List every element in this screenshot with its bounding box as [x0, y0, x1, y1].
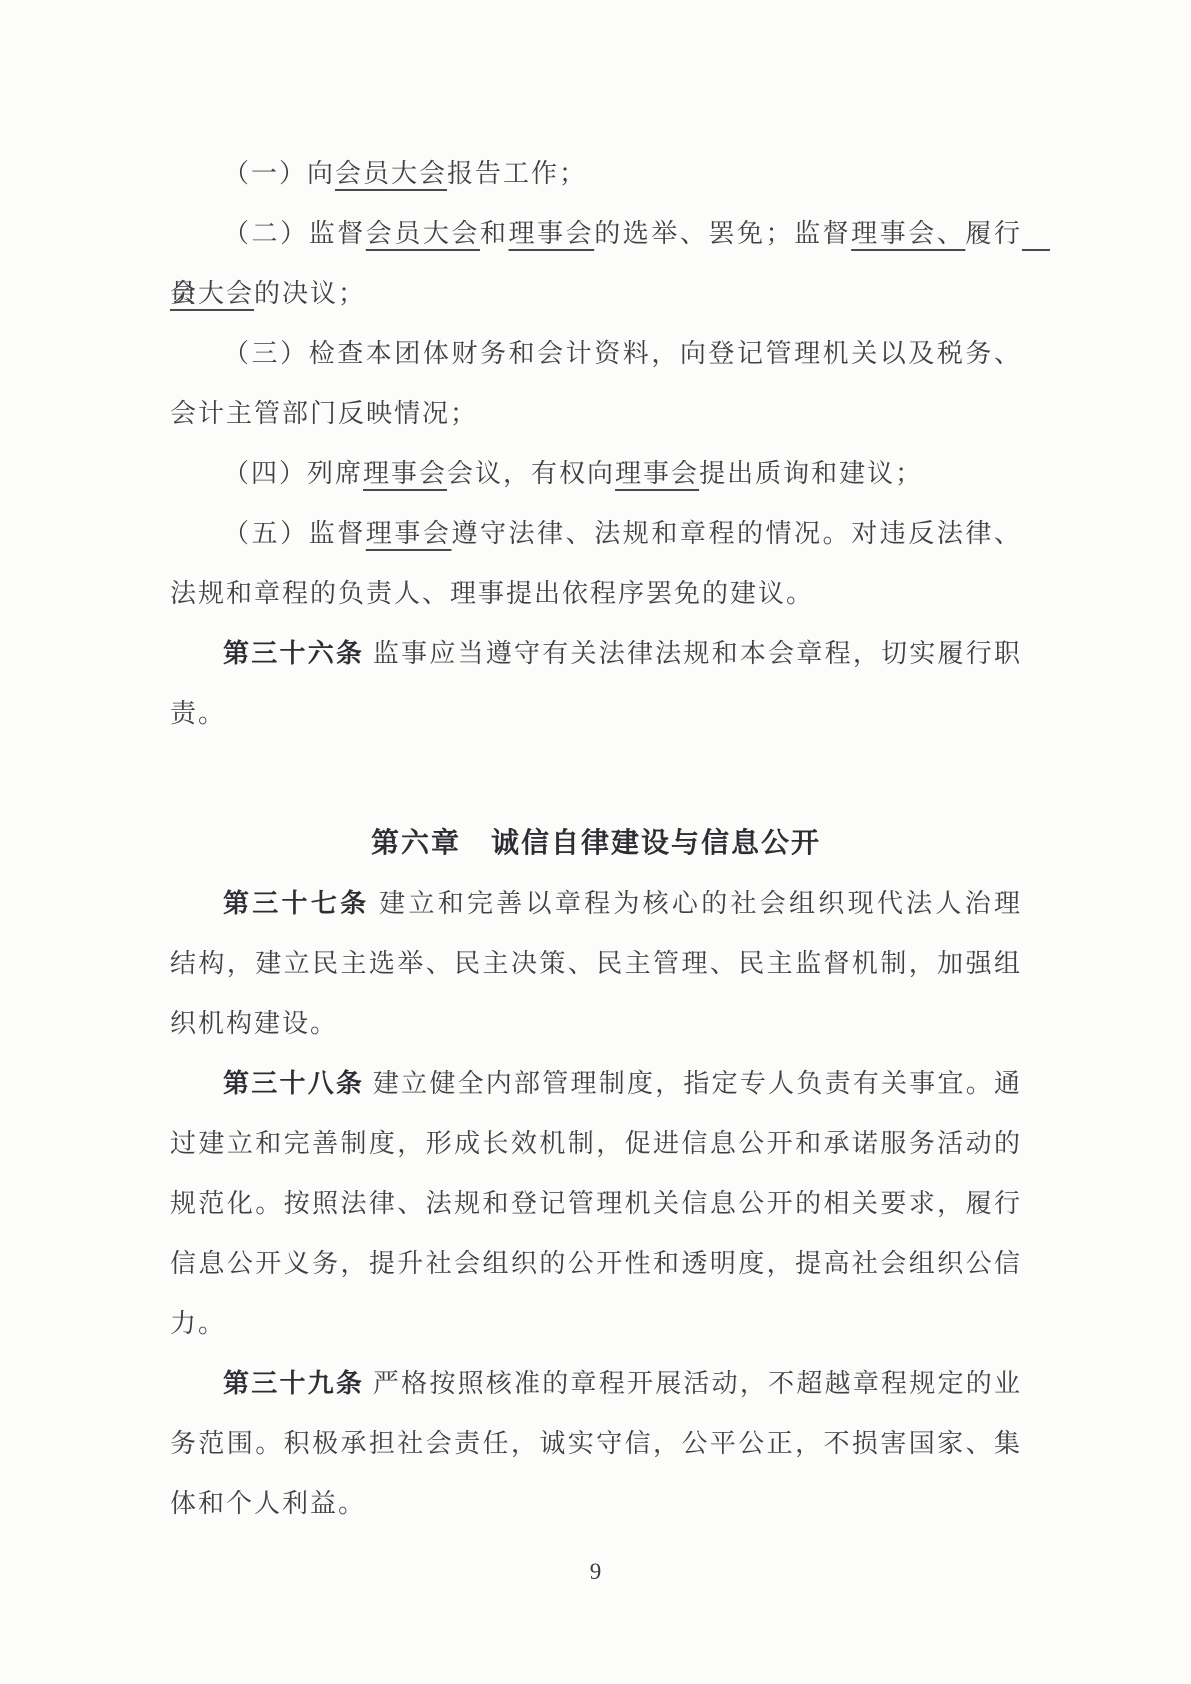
text-line: 责。: [170, 684, 1022, 744]
text-line: 规范化。按照法律、法规和登记管理机关信息公开的相关要求，履行: [170, 1174, 1022, 1234]
underlined-term: 理事会: [363, 459, 447, 488]
article-number: 第六章 诚信自律建设与信息公开: [371, 828, 821, 859]
text-line: 体和个人利益。: [170, 1474, 1022, 1534]
text-line: 力。: [170, 1294, 1022, 1354]
text-segment: 织机构建设。: [170, 1009, 338, 1038]
text-segment: 报告工作；: [447, 159, 587, 188]
underlined-term: 会员大会: [366, 219, 480, 248]
underlined-term: 理事会: [509, 219, 595, 248]
text-segment: 建立和完善以章程为核心的社会组织现代法人治理: [369, 889, 1022, 918]
text-line: 员大会的决议；: [170, 264, 1022, 324]
text-line: （三）检查本团体财务和会计资料，向登记管理机关以及税务、: [170, 324, 1022, 384]
text-line: 第三十七条 建立和完善以章程为核心的社会组织现代法人治理: [170, 874, 1022, 934]
text-segment: 履行: [965, 219, 1022, 248]
text-segment: 会计主管部门反映情况；: [170, 399, 478, 428]
text-segment: 责。: [170, 699, 226, 728]
text-segment: 提出质询和建议；: [699, 459, 923, 488]
page-number: 9: [0, 1552, 1191, 1592]
text-line: 务范围。积极承担社会责任，诚实守信，公平公正，不损害国家、集: [170, 1414, 1022, 1474]
article-number: 第三十九条: [223, 1369, 364, 1398]
article-number: 第三十八条: [223, 1069, 364, 1098]
text-line: 法规和章程的负责人、理事提出依程序罢免的建议。: [170, 564, 1022, 624]
text-segment: 会议，有权向: [447, 459, 615, 488]
text-segment: 体和个人利益。: [170, 1489, 366, 1518]
text-segment: 过建立和完善制度，形成长效机制，促进信息公开和承诺服务活动的: [170, 1129, 1022, 1158]
text-segment: （四）列席: [223, 459, 363, 488]
text-segment: 力。: [170, 1309, 226, 1338]
text-line: （二）监督会员大会和理事会的选举、罢免；监督理事会、履行 会: [170, 204, 1022, 264]
text-line: 结构，建立民主选举、民主决策、民主管理、民主监督机制，加强组: [170, 934, 1022, 994]
chapter-heading: 第六章 诚信自律建设与信息公开: [170, 814, 1022, 874]
text-segment: 监事应当遵守有关法律法规和本会章程，切实履行职: [364, 639, 1022, 668]
text-line: 第三十九条 严格按照核准的章程开展活动，不超越章程规定的业: [170, 1354, 1022, 1414]
text-segment: 规范化。按照法律、法规和登记管理机关信息公开的相关要求，履行: [170, 1189, 1022, 1218]
text-line: （四）列席理事会会议，有权向理事会提出质询和建议；: [170, 444, 1022, 504]
text-segment: 建立健全内部管理制度，指定专人负责有关事宜。通: [364, 1069, 1022, 1098]
text-line: 过建立和完善制度，形成长效机制，促进信息公开和承诺服务活动的: [170, 1114, 1022, 1174]
text-segment: 遵守法律、法规和章程的情况。对违反法律、: [451, 519, 1022, 548]
text-line: 会计主管部门反映情况；: [170, 384, 1022, 444]
underlined-term: 员大会: [170, 279, 254, 308]
underlined-term: 理事会: [366, 519, 452, 548]
text-segment: 结构，建立民主选举、民主决策、民主管理、民主监督机制，加强组: [170, 949, 1022, 978]
text-segment: 的决议；: [254, 279, 366, 308]
article-number: 第三十六条: [223, 639, 364, 668]
text-segment: （三）检查本团体财务和会计资料，向登记管理机关以及税务、: [223, 339, 1022, 368]
text-segment: 严格按照核准的章程开展活动，不超越章程规定的业: [364, 1369, 1022, 1398]
text-segment: （二）监督: [223, 219, 366, 248]
text-segment: 信息公开义务，提升社会组织的公开性和透明度，提高社会组织公信: [170, 1249, 1022, 1278]
article-number: 第三十七条: [223, 889, 369, 918]
text-line: 信息公开义务，提升社会组织的公开性和透明度，提高社会组织公信: [170, 1234, 1022, 1294]
text-line: （一）向会员大会报告工作；: [170, 144, 1022, 204]
document-body: （一）向会员大会报告工作；（二）监督会员大会和理事会的选举、罢免；监督理事会、履…: [170, 144, 1022, 1534]
underlined-term: 会员大会: [335, 159, 447, 188]
underlined-term: 理事会: [615, 459, 699, 488]
text-line: 第三十八条 建立健全内部管理制度，指定专人负责有关事宜。通: [170, 1054, 1022, 1114]
text-line: 第三十六条 监事应当遵守有关法律法规和本会章程，切实履行职: [170, 624, 1022, 684]
text-line: （五）监督理事会遵守法律、法规和章程的情况。对违反法律、: [170, 504, 1022, 564]
text-segment: 法规和章程的负责人、理事提出依程序罢免的建议。: [170, 579, 814, 608]
underlined-term: 理事会、: [851, 219, 965, 248]
text-line: 织机构建设。: [170, 994, 1022, 1054]
text-segment: （五）监督: [223, 519, 366, 548]
text-segment: 和: [480, 219, 509, 248]
text-segment: 务范围。积极承担社会责任，诚实守信，公平公正，不损害国家、集: [170, 1429, 1022, 1458]
text-segment: 的选举、罢免；监督: [594, 219, 851, 248]
document-page: （一）向会员大会报告工作；（二）监督会员大会和理事会的选举、罢免；监督理事会、履…: [0, 0, 1191, 1684]
text-segment: （一）向: [223, 159, 335, 188]
